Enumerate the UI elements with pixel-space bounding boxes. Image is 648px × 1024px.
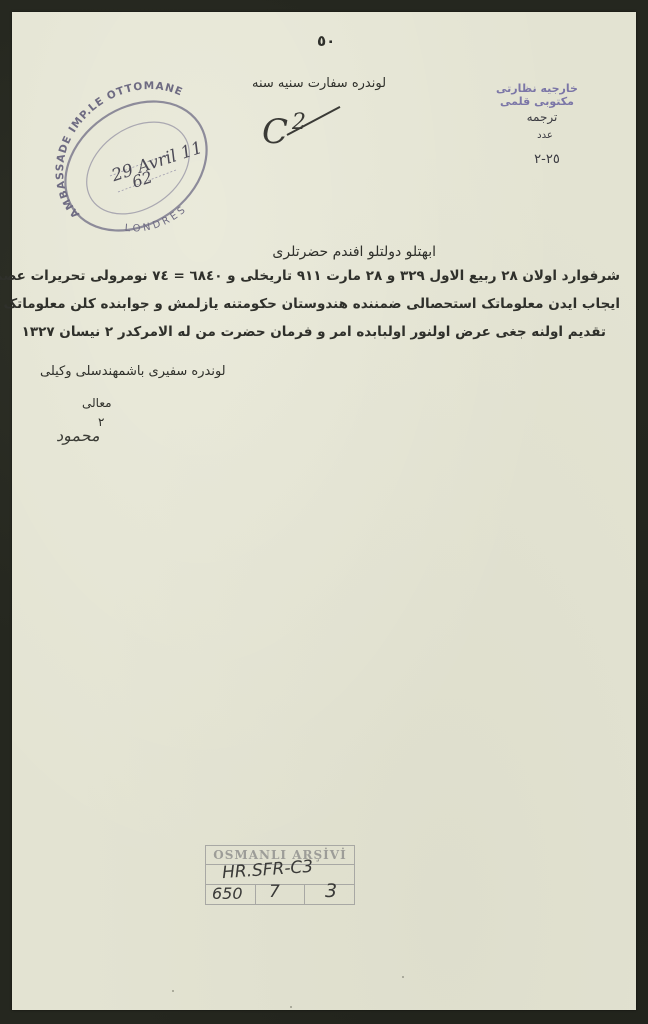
paper-speck bbox=[172, 990, 174, 992]
scan-background: ٥٠ لوندره سفارت سنیه سنه C2 خارجیه نظارت… bbox=[0, 0, 648, 1024]
salutation: ابهتلو دولتلو افندم حضرتلری bbox=[272, 244, 436, 260]
signature-ref-1: معالی bbox=[82, 396, 112, 410]
paper-speck bbox=[402, 976, 404, 978]
body-line-3: تقدیم اولنه جغی عرض اولنور اولبابده امر … bbox=[22, 324, 606, 340]
filing-mark: C2 bbox=[262, 110, 306, 152]
archive-box-number: 650 bbox=[212, 884, 243, 903]
signatory-title: لوندره سفیری باشمهندسلی وکیلی bbox=[40, 364, 226, 379]
recipient-header: لوندره سفارت سنیه سنه bbox=[252, 76, 386, 91]
department-stamp: خارجیه نظارتی مکتوبی قلمی bbox=[487, 82, 587, 106]
department-number: ٢٥-٢ bbox=[512, 152, 582, 167]
archive-document-number: 3 bbox=[325, 880, 337, 902]
body-line-2: ایجاب ایدن معلوماتک استحصالی ضمننده هندو… bbox=[0, 296, 620, 312]
filing-mark-letter: C bbox=[262, 112, 288, 152]
signature: محمود bbox=[56, 426, 100, 445]
archive-folder-number: 7 bbox=[269, 882, 280, 902]
page-number: ٥٠ bbox=[317, 32, 335, 50]
department-small-label: عدد bbox=[530, 130, 560, 141]
department-sub-label: ترجمه bbox=[512, 110, 572, 124]
document-page: ٥٠ لوندره سفارت سنیه سنه C2 خارجیه نظارت… bbox=[12, 12, 636, 1010]
svg-text:LONDRES: LONDRES bbox=[124, 203, 190, 235]
body-line-1: شرفوارد اولان ٢٨ ربیع الاول ٣٢٩ و ٢٨ مار… bbox=[0, 268, 620, 284]
paper-speck bbox=[290, 1006, 292, 1008]
